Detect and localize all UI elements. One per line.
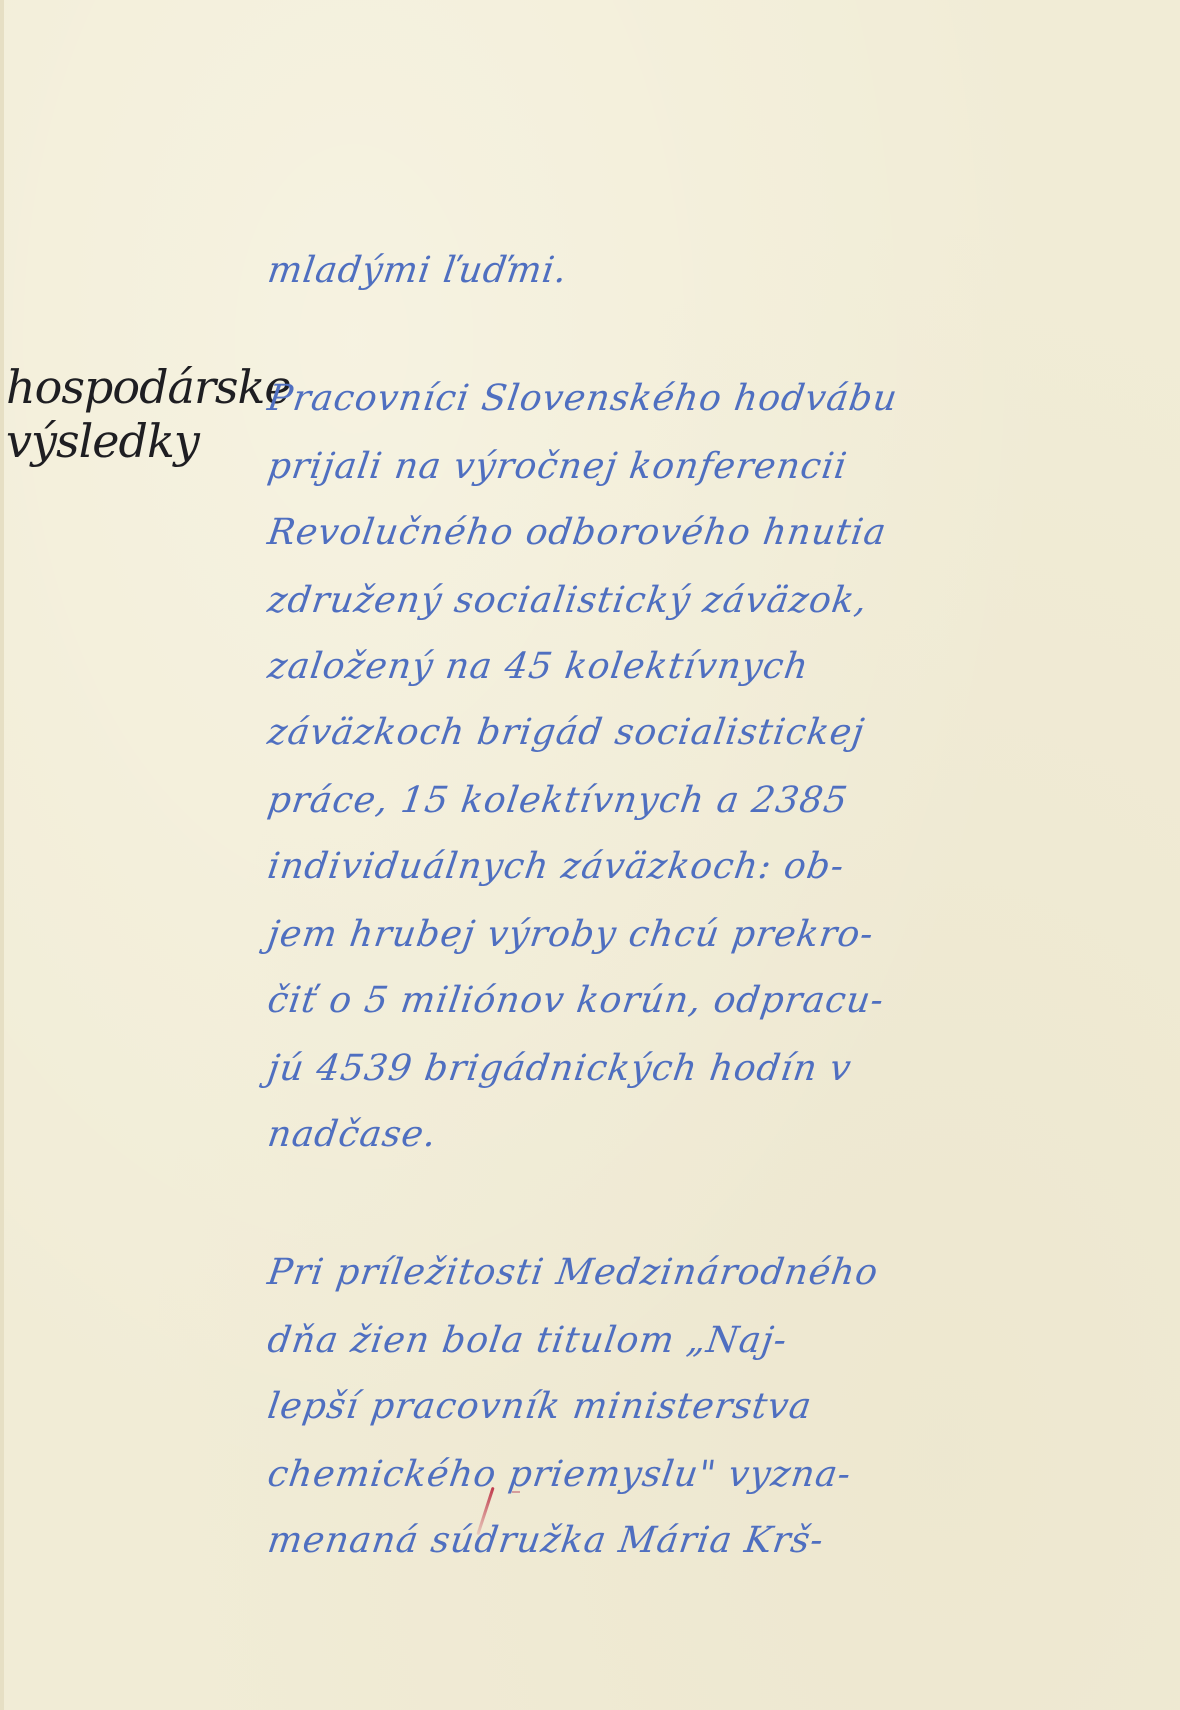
body-line: Pri príležitosti Medzinárodného xyxy=(265,1252,881,1293)
body-line: chemického priemyslu" vyzna- xyxy=(265,1454,854,1495)
body-line: prijali na výročnej konferencii xyxy=(265,446,850,487)
margin-note: hospodárske výsledky xyxy=(6,360,256,468)
body-line: menaná súdružka Mária Krš- xyxy=(265,1520,826,1561)
body-line: nadčase. xyxy=(265,1114,439,1155)
body-line: práce, 15 kolektívnych a 2385 xyxy=(265,780,850,821)
body-line: mladými ľuďmi. xyxy=(265,250,570,291)
body-line: jú 4539 brigádnických hodín v xyxy=(265,1048,854,1089)
body-line: združený socialistický záväzok, xyxy=(265,580,870,621)
body-line: lepší pracovník ministerstva xyxy=(265,1386,814,1427)
body-line: čiť o 5 miliónov korún, odpracu- xyxy=(265,980,887,1021)
page-edge xyxy=(0,0,4,1710)
body-line: jem hrubej výroby chcú prekro- xyxy=(265,914,876,955)
body-line: založený na 45 kolektívnych xyxy=(265,646,811,687)
red-pencil-dash xyxy=(512,1491,520,1493)
body-line: individuálnych záväzkoch: ob- xyxy=(265,846,847,887)
body-line: Pracovníci Slovenského hodvábu xyxy=(265,378,900,419)
body-line: záväzkoch brigád socialistickej xyxy=(265,712,867,753)
margin-note-line-2: výsledky xyxy=(6,414,256,468)
body-line: dňa žien bola titulom „Naj- xyxy=(265,1320,790,1361)
body-line: Revolučného odborového hnutia xyxy=(265,512,889,553)
document-page: hospodárske výsledky mladými ľuďmi. Prac… xyxy=(0,0,1180,1710)
margin-note-line-1: hospodárske xyxy=(6,360,256,414)
